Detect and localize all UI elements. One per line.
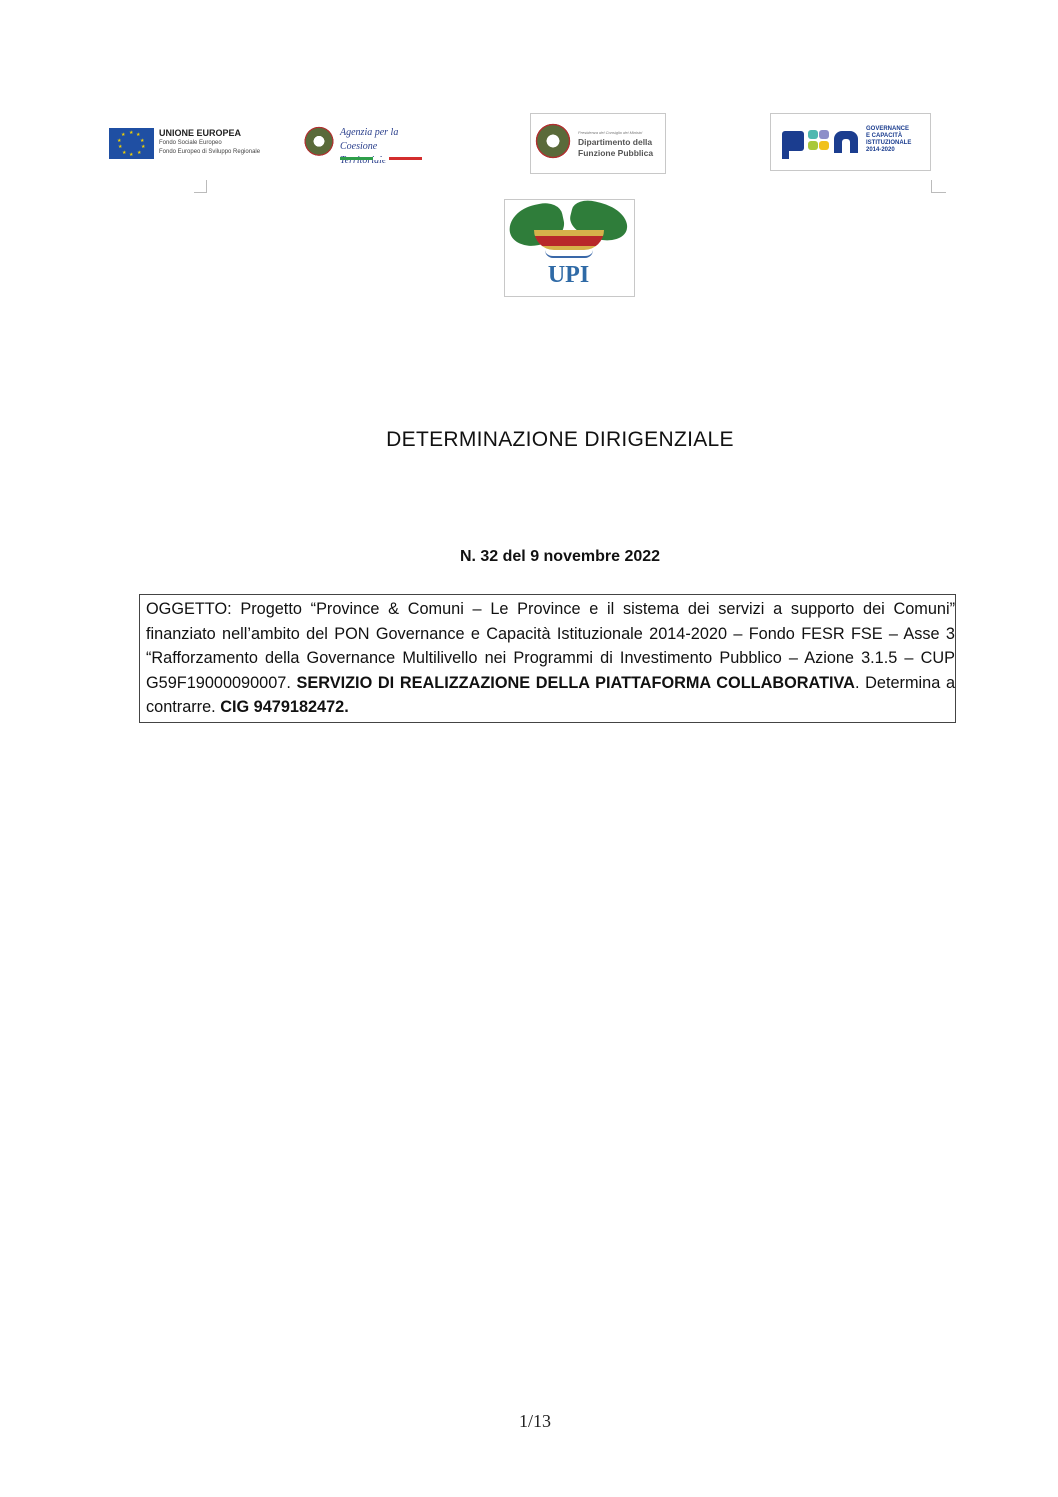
document-title: DETERMINAZIONE DIRIGENZIALE [0,428,1058,452]
crown-icon [534,230,604,250]
agenzia-logo-text: Agenzia per la Coesione Territoriale [340,126,425,168]
dfp-line1: Dipartimento della [578,137,653,148]
subject-service-title: SERVIZIO DI REALIZZAZIONE DELLA PIATTAFO… [297,674,855,692]
pon-line2: E CAPACITÀ [866,133,911,140]
agenzia-line2: Coesione Territoriale [340,140,425,168]
italian-emblem-icon [304,126,334,160]
page-number: 1/13 [0,1411,1058,1432]
eu-line2: Fondo Europeo di Sviluppo Regionale [159,148,289,157]
eu-flag-icon: ★ ★ ★ ★ ★ ★ ★ ★ ★ ★ [109,128,154,159]
document-number: N. 32 del 9 novembre 2022 [0,548,1058,566]
dfp-small-text: Presidenza del Consiglio dei Ministri [578,130,642,135]
pon-line3: ISTITUZIONALE [866,140,911,147]
pon-text: GOVERNANCE E CAPACITÀ ISTITUZIONALE 2014… [866,126,911,154]
subject-box: OGGETTO: Progetto “Province & Comuni – L… [139,594,956,723]
crop-mark-right [931,180,946,193]
pon-line1: GOVERNANCE [866,126,911,133]
eu-title: UNIONE EUROPEA [159,128,289,139]
dfp-line2: Funzione Pubblica [578,148,653,159]
pon-squares-icon [808,130,830,151]
eu-line1: Fondo Sociale Europeo [159,139,289,148]
pon-n-gap [842,139,850,153]
ribbon-icon [545,250,593,258]
tricolor-bar [340,157,422,160]
crop-mark-left [194,180,207,193]
italian-emblem-icon [535,123,571,163]
agenzia-line1: Agenzia per la [340,126,425,140]
dfp-text: Dipartimento della Funzione Pubblica [578,137,653,159]
pon-line4: 2014-2020 [866,147,911,154]
pon-p-stem-icon [782,145,789,159]
upi-label: UPI [504,262,633,289]
eu-logo-text: UNIONE EUROPEA Fondo Sociale Europeo Fon… [159,128,289,157]
subject-cig: CIG 9479182472. [220,698,349,716]
